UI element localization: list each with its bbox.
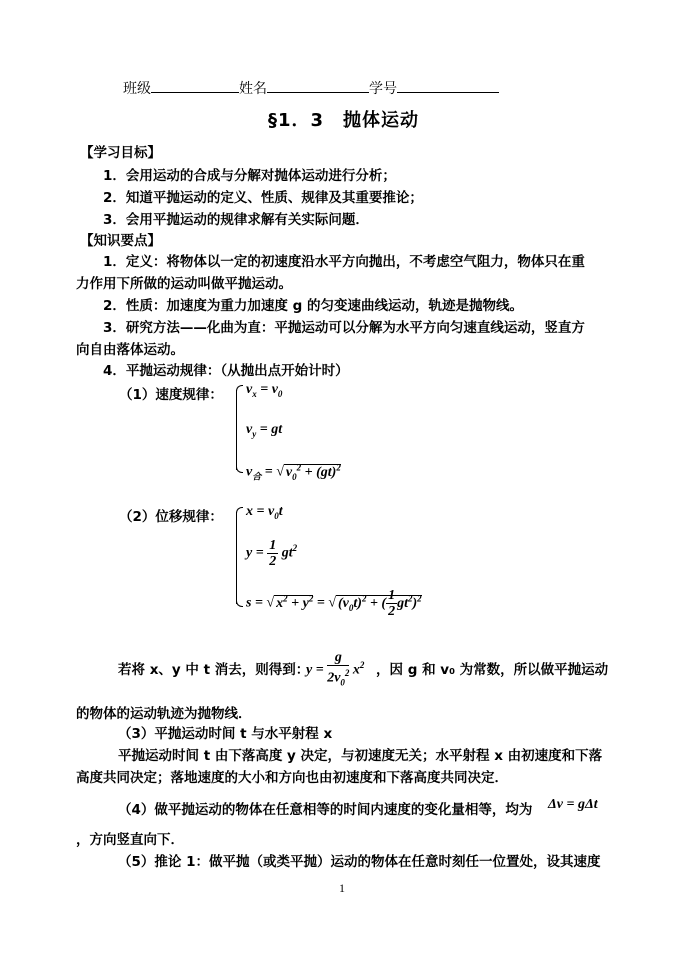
class-label: 班级 [123, 81, 151, 97]
paragraph: 高度共同决定；落地速度的大小和方向也由初速度和下落高度共同决定． [76, 766, 508, 786]
eq-s: s = √x2 + y2 = √(v0t)2 + (12gt2)2 [246, 588, 422, 619]
brace [236, 390, 237, 470]
knowledge-heading: 【知识要点】 [80, 229, 161, 249]
eq-vx: vx = v0 [246, 382, 282, 399]
eq-trajectory: y = g2v02 x2 [306, 650, 364, 690]
id-label: 学号 [369, 81, 397, 97]
elim-suffix: ，因 g 和 v₀ 为常数，所以做平抛运动 [376, 658, 608, 678]
paragraph: 1．定义：将物体以一定的初速度沿水平方向抛出，不考虑空气阻力，物体只在重 [103, 250, 585, 270]
paragraph: 的物体的运动轨迹为抛物线． [76, 702, 252, 722]
brace [236, 512, 237, 604]
eq-vy: vy = gt [246, 422, 282, 439]
brace-top [236, 385, 243, 392]
name-label: 姓名 [239, 81, 267, 97]
objectives-heading: 【学习目标】 [80, 141, 161, 161]
subheading: （3）平抛运动时间 t 与水平射程 x [118, 722, 332, 742]
name-blank [267, 78, 369, 93]
eq-x: x = v0t [246, 504, 283, 521]
paragraph: （4）做平抛运动的物体在任意相等的时间内速度的变化量相等，均为 [118, 798, 532, 818]
class-blank [151, 78, 239, 93]
paragraph: ，方向竖直向下． [76, 828, 184, 848]
page-number: 1 [339, 881, 345, 896]
paragraph: （5）推论 1：做平抛（或类平抛）运动的物体在任意时刻任一位置处，设其速度 [118, 850, 601, 870]
brace-top [236, 507, 243, 514]
paragraph: 4．平抛运动规律：（从抛出点开始计时） [103, 359, 349, 379]
elim-prefix: 若将 x、y 中 t 消去，则得到： [118, 658, 309, 678]
brace-bottom [236, 466, 243, 473]
paragraph: 2．性质：加速度为重力加速度 g 的匀变速曲线运动，轨迹是抛物线。 [103, 294, 523, 314]
id-blank [397, 78, 499, 93]
page-title: §1．3 抛体运动 [268, 106, 419, 132]
objective-item: 3．会用平抛运动的规律求解有关实际问题． [103, 208, 369, 228]
header-fields: 班级姓名学号 [123, 78, 499, 98]
eq-delta-v: Δv = gΔt [548, 797, 598, 813]
paragraph: 向自由落体运动。 [76, 338, 184, 358]
eq-y: y = 12 gt2 [246, 538, 297, 569]
eq-vtotal: v合 = √v02 + (gt)2 [246, 462, 341, 482]
paragraph: 力作用下所做的运动叫做平抛运动。 [76, 272, 292, 292]
objective-item: 2．知道平抛运动的定义、性质、规律及其重要推论； [103, 186, 423, 206]
displacement-label: （2）位移规律： [119, 505, 223, 525]
paragraph: 平抛运动时间 t 由下落高度 y 决定，与初速度无关；水平射程 x 由初速度和下… [118, 744, 602, 764]
brace-bottom [236, 600, 243, 607]
objective-item: 1．会用运动的合成与分解对抛体运动进行分析； [103, 164, 396, 184]
velocity-label: （1）速度规律： [119, 383, 223, 403]
paragraph: 3．研究方法——化曲为直：平抛运动可以分解为水平方向匀速直线运动，竖直方 [103, 316, 585, 336]
